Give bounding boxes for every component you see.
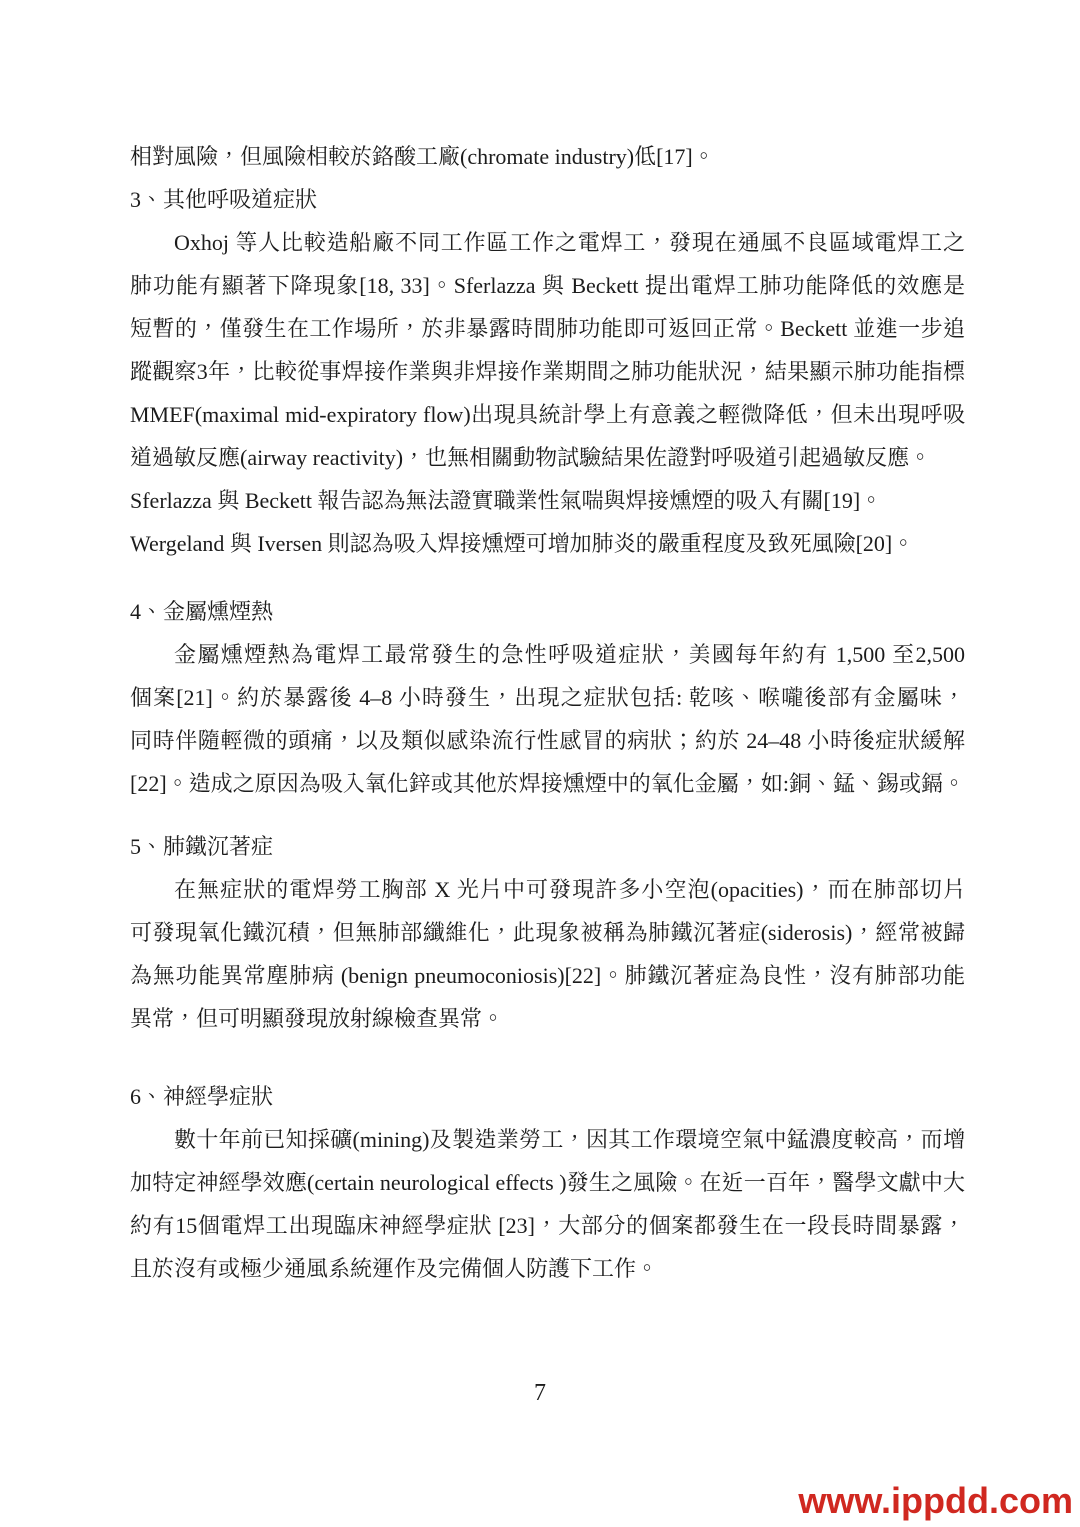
text-line: MMEF(maximal mid-expiratory flow)出現具統計學上… [130, 393, 965, 436]
text-line: Oxhoj 等人比較造船廠不同工作區工作之電焊工，發現在通風不良區域電焊工之 [130, 221, 965, 264]
text-line: Sferlazza 與 Beckett 報告認為無法證實職業性氣喘與焊接燻煙的吸… [130, 479, 965, 522]
text-line: 短暫的，僅發生在工作場所，於非暴露時間肺功能即可返回正常。Beckett 並進一… [130, 307, 965, 350]
text-line: 數十年前已知採礦(mining)及製造業勞工，因其工作環境空氣中錳濃度較高，而增 [130, 1118, 965, 1161]
watermark: www.ippdd.com [798, 1483, 1073, 1519]
page-number: 7 [0, 1378, 1080, 1408]
text-line: 且於沒有或極少通風系統運作及完備個人防護下工作。 [130, 1247, 965, 1290]
section-heading: 6、神經學症狀 [130, 1075, 965, 1118]
text-line: 加特定神經學效應(certain neurological effects )發… [130, 1161, 965, 1204]
section-heading: 5、肺鐵沉著症 [130, 825, 965, 868]
text-line: 異常，但可明顯發現放射線檢查異常。 [130, 997, 965, 1040]
section-spacer [130, 565, 965, 590]
document-page: 相對風險，但風險相較於鉻酸工廠(chromate industry)低[17]。… [130, 135, 965, 1290]
text-line: 為無功能異常塵肺病 (benign pneumoconiosis)[22]。肺鐵… [130, 954, 965, 997]
section-heading: 4、金屬燻煙熱 [130, 590, 965, 633]
text-line: 金屬燻煙熱為電焊工最常發生的急性呼吸道症狀，美國每年約有 1,500 至2,50… [130, 633, 965, 676]
text-line: 蹤觀察3年，比較從事焊接作業與非焊接作業期間之肺功能狀況，結果顯示肺功能指標 [130, 350, 965, 393]
text-line: 約有15個電焊工出現臨床神經學症狀 [23]，大部分的個案都發生在一段長時間暴露… [130, 1204, 965, 1247]
text-line: 個案[21]。約於暴露後 4–8 小時發生，出現之症狀包括: 乾咳、喉嚨後部有金… [130, 676, 965, 719]
text-line: 同時伴隨輕微的頭痛，以及類似感染流行性感冒的病狀；約於 24–48 小時後症狀緩… [130, 719, 965, 762]
text-line: 道過敏反應(airway reactivity)，也無相關動物試驗結果佐證對呼吸… [130, 436, 965, 479]
text-line: Wergeland 與 Iversen 則認為吸入焊接燻煙可增加肺炎的嚴重程度及… [130, 522, 965, 565]
section-spacer [130, 1040, 965, 1075]
text-line: 可發現氧化鐵沉積，但無肺部纖維化，此現象被稱為肺鐵沉著症(siderosis)，… [130, 911, 965, 954]
section-heading: 3、其他呼吸道症狀 [130, 178, 965, 221]
section-spacer [130, 805, 965, 825]
text-line: [22]。造成之原因為吸入氧化鋅或其他於焊接燻煙中的氧化金屬，如:銅、錳、錫或鎘… [130, 762, 965, 805]
text-line: 肺功能有顯著下降現象[18, 33]。Sferlazza 與 Beckett 提… [130, 264, 965, 307]
text-line: 在無症狀的電焊勞工胸部 X 光片中可發現許多小空泡(opacities)，而在肺… [130, 868, 965, 911]
text-line: 相對風險，但風險相較於鉻酸工廠(chromate industry)低[17]。 [130, 135, 965, 178]
